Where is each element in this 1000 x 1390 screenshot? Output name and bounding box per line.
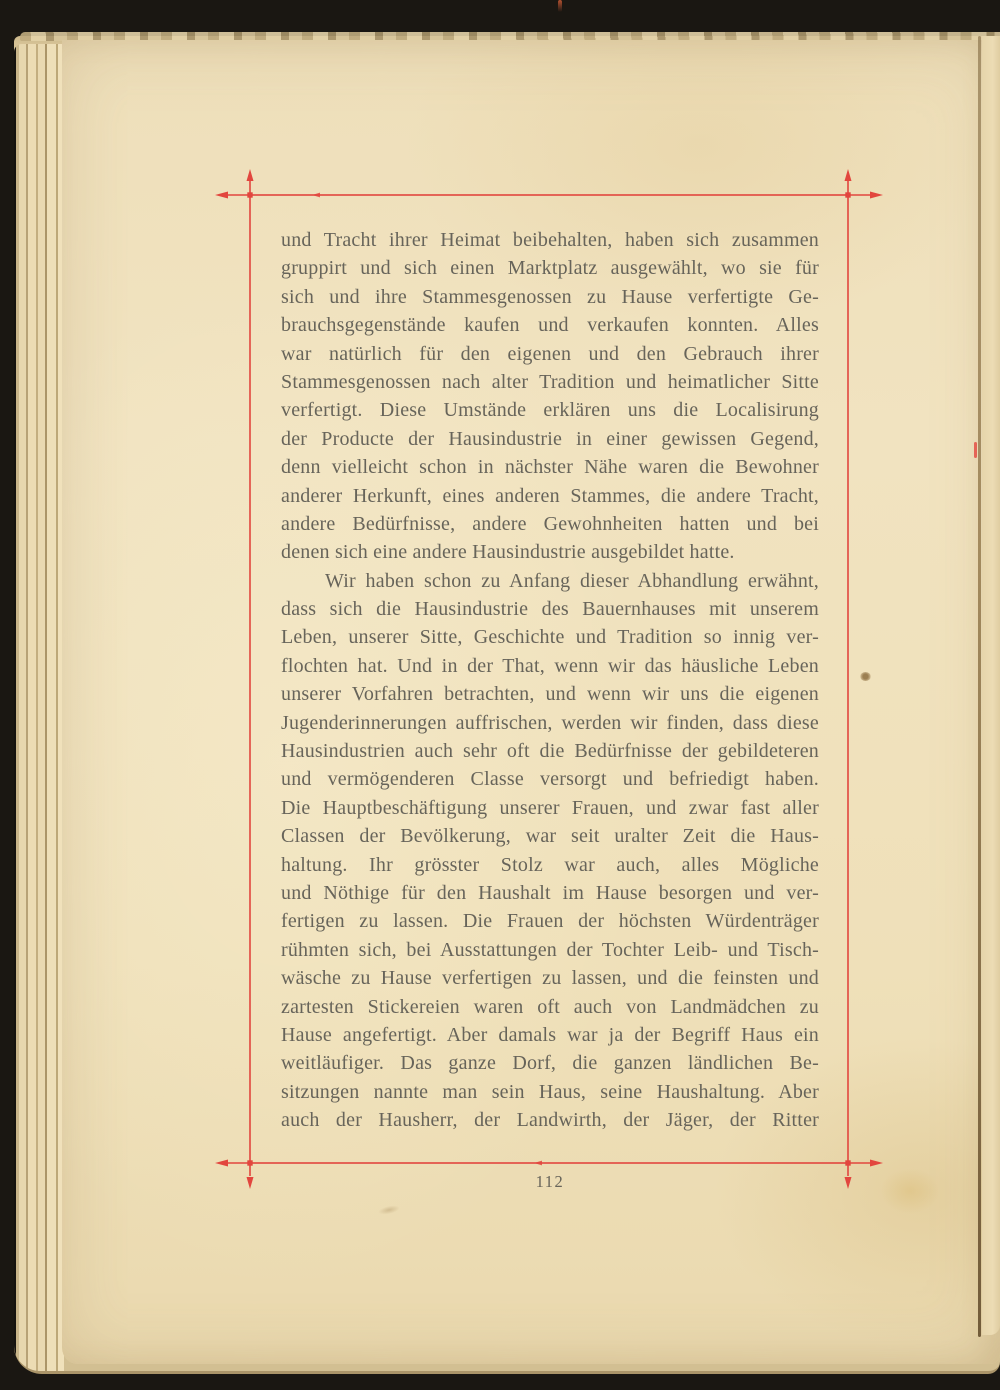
text-line: wäsche zu Hause verfertigen zu lassen, u…: [281, 964, 819, 992]
text-line: rühmten sich, bei Ausstattungen der Toch…: [281, 936, 819, 964]
text-line: Leben, unserer Sitte, Geschichte und Tra…: [281, 623, 819, 651]
next-page-edge: [982, 36, 1000, 1335]
text-line: Stammesgenossen nach alter Tradition und…: [281, 368, 819, 396]
text-line: Classen der Bevölkerung, war seit uralte…: [281, 822, 819, 850]
text-line: war natürlich für den eigenen und den Ge…: [281, 340, 819, 368]
text-line: fertigen zu lassen. Die Frauen der höchs…: [281, 907, 819, 935]
text-line: brauchsgegenstände kaufen und verkaufen …: [281, 311, 819, 339]
page-edge-stack: [14, 44, 64, 1371]
text-line: flochten hat. Und in der That, wenn wir …: [281, 652, 819, 680]
text-line: denen sich eine andere Hausindustrie aus…: [281, 538, 819, 566]
text-line: und Tracht ihrer Heimat beibehalten, hab…: [281, 226, 819, 254]
red-registration-mark-top: [558, 0, 562, 12]
text-line: Die Hauptbeschäftigung unserer Frauen, u…: [281, 794, 819, 822]
text-line: und Nöthige für den Haushalt im Hause be…: [281, 879, 819, 907]
text-line: unserer Vorfahren betrachten, und wenn w…: [281, 680, 819, 708]
text-line: und vermögenderen Classe versorgt und be…: [281, 765, 819, 793]
text-line: zartesten Stickereien waren oft auch von…: [281, 993, 819, 1021]
book-scan-scene: und Tracht ihrer Heimat beibehalten, hab…: [0, 0, 1000, 1390]
page-number: 112: [281, 1172, 819, 1192]
text-block: und Tracht ihrer Heimat beibehalten, hab…: [281, 226, 819, 1135]
text-line: der Producte der Hausindustrie in einer …: [281, 425, 819, 453]
text-line: gruppirt und sich einen Marktplatz ausge…: [281, 254, 819, 282]
text-line: Wir haben schon zu Anfang dieser Abhandl…: [281, 567, 819, 595]
text-line: dass sich die Hausindustrie des Bauernha…: [281, 595, 819, 623]
text-line: sich und ihre Stammesgenossen zu Hause v…: [281, 283, 819, 311]
text-line: sitzungen nannte man sein Haus, seine Ha…: [281, 1078, 819, 1106]
text-line: andere Bedürfnisse, andere Gewohnheiten …: [281, 510, 819, 538]
text-line: denn vielleicht schon in nächster Nähe w…: [281, 453, 819, 481]
text-line: Hausindustrien auch sehr oft die Bedürfn…: [281, 737, 819, 765]
red-mark-right-edge: [974, 442, 977, 458]
text-line: anderer Herkunft, eines anderen Stammes,…: [281, 482, 819, 510]
text-line: Hause angefertigt. Aber damals war ja de…: [281, 1021, 819, 1049]
text-line: verfertigt. Diese Umstände erklären uns …: [281, 396, 819, 424]
text-line: auch der Hausherr, der Landwirth, der Jä…: [281, 1106, 819, 1134]
page-gutter-line: [978, 36, 981, 1337]
text-line: weitläufiger. Das ganze Dorf, die ganzen…: [281, 1049, 819, 1077]
text-line: Jugenderinnerungen auffrischen, werden w…: [281, 709, 819, 737]
text-line: haltung. Ihr grösster Stolz war auch, al…: [281, 851, 819, 879]
